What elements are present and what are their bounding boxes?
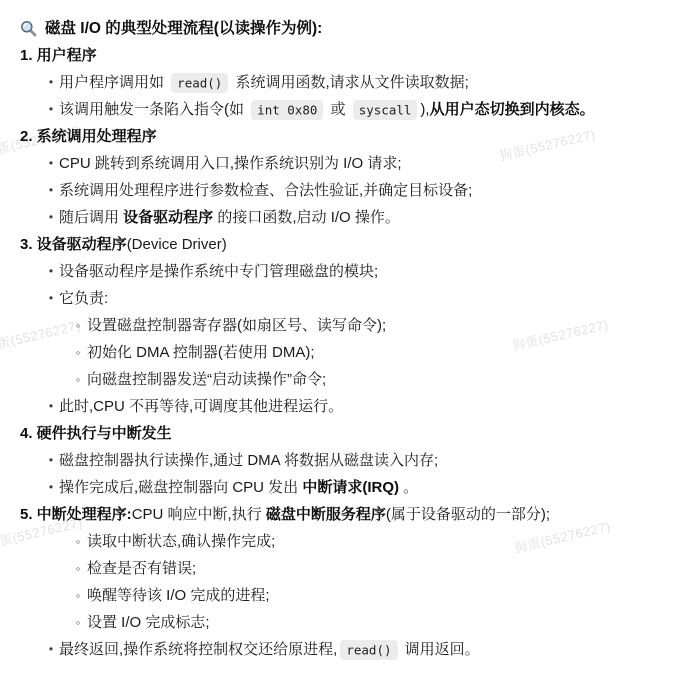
- text-segment: 4. 硬件执行与中断发生: [20, 425, 172, 442]
- text-segment: 磁盘控制器执行读操作,通过 DMA 将数据从磁盘读入内存;: [59, 452, 438, 469]
- text-segment: 向磁盘控制器发送“启动读操作”命令;: [87, 371, 326, 388]
- content-line-bullet: •随后调用 设备驱动程序 的接口函数,启动 I/O 操作。: [20, 204, 670, 231]
- line-text: 磁盘 I/O 的典型处理流程(以读操作为例):: [45, 15, 322, 42]
- text-segment: CPU 跳转到系统调用入口,操作系统识别为 I/O 请求;: [59, 155, 402, 172]
- text-segment: 3. 设备驱动程序: [20, 236, 127, 253]
- text-segment: 该调用触发一条陷入指令(如: [59, 101, 248, 118]
- content-line-circle: ◦设置磁盘控制器寄存器(如扇区号、读写命令);: [20, 312, 670, 339]
- line-text: CPU 跳转到系统调用入口,操作系统识别为 I/O 请求;: [59, 150, 402, 177]
- content-line-circle: ◦检查是否有错误;: [20, 555, 670, 582]
- line-text: 磁盘控制器执行读操作,通过 DMA 将数据从磁盘读入内存;: [59, 447, 438, 474]
- line-text: 唤醒等待该 I/O 完成的进程;: [87, 582, 270, 609]
- page: { "page": { "background": "#ffffff", "te…: [0, 0, 674, 674]
- bullet-marker: •: [45, 393, 57, 420]
- content-line-heading: 5. 中断处理程序:CPU 响应中断,执行 磁盘中断服务程序(属于设备驱动的一部…: [20, 501, 670, 528]
- line-text: 系统调用处理程序进行参数检查、合法性验证,并确定目标设备;: [59, 177, 472, 204]
- content-line-bullet: •最终返回,操作系统将控制权交还给原进程,read() 调用返回。: [20, 636, 670, 663]
- line-text: 读取中断状态,确认操作完成;: [87, 528, 275, 555]
- text-segment: 系统调用函数,请求从文件读取数据;: [231, 74, 469, 91]
- line-text: 初始化 DMA 控制器(若使用 DMA);: [87, 339, 315, 366]
- text-segment: 2. 系统调用处理程序: [20, 128, 157, 145]
- bullet-marker: •: [45, 150, 57, 177]
- circle-marker: ◦: [72, 609, 84, 636]
- line-text: 此时,CPU 不再等待,可调度其他进程运行。: [59, 393, 343, 420]
- circle-marker: ◦: [72, 555, 84, 582]
- content-line-bullet: •用户程序调用如 read() 系统调用函数,请求从文件读取数据;: [20, 69, 670, 96]
- content-line-circle: ◦初始化 DMA 控制器(若使用 DMA);: [20, 339, 670, 366]
- content-line-heading: 3. 设备驱动程序(Device Driver): [20, 231, 670, 258]
- text-segment: 它负责:: [59, 290, 108, 307]
- content-line-heading: 2. 系统调用处理程序: [20, 123, 670, 150]
- line-text: 用户程序调用如 read() 系统调用函数,请求从文件读取数据;: [59, 69, 469, 96]
- inline-code-chip: syscall: [353, 100, 418, 120]
- content-line-circle: ◦唤醒等待该 I/O 完成的进程;: [20, 582, 670, 609]
- magnifier-icon: [20, 20, 37, 37]
- text-segment: 检查是否有错误;: [87, 560, 196, 577]
- text-segment: 读取中断状态,确认操作完成;: [87, 533, 275, 550]
- text-segment: (Device Driver): [127, 236, 227, 253]
- content-line-circle: ◦向磁盘控制器发送“启动读操作”命令;: [20, 366, 670, 393]
- text-segment: ),: [420, 101, 429, 118]
- content-line-bullet: •该调用触发一条陷入指令(如 int 0x80 或 syscall),从用户态切…: [20, 96, 670, 123]
- text-segment: 调用返回。: [401, 641, 480, 658]
- text-segment: 或: [326, 101, 349, 118]
- text-segment: 磁盘中断服务程序: [266, 506, 386, 523]
- text-segment: 系统调用处理程序进行参数检查、合法性验证,并确定目标设备;: [59, 182, 472, 199]
- line-text: 1. 用户程序: [20, 42, 97, 69]
- text-segment: 。: [399, 479, 418, 496]
- text-segment: 1. 用户程序: [20, 47, 97, 64]
- circle-marker: ◦: [72, 312, 84, 339]
- text-segment: 的接口函数,启动 I/O 操作。: [213, 209, 400, 226]
- text-segment: 设置 I/O 完成标志;: [87, 614, 210, 631]
- bullet-marker: •: [45, 69, 57, 96]
- content-line-bullet: •它负责:: [20, 285, 670, 312]
- content-line-bullet: •CPU 跳转到系统调用入口,操作系统识别为 I/O 请求;: [20, 150, 670, 177]
- text-segment: 设置磁盘控制器寄存器(如扇区号、读写命令);: [87, 317, 386, 334]
- text-segment: 磁盘 I/O 的典型处理流程(以读操作为例):: [45, 20, 322, 37]
- line-text: 最终返回,操作系统将控制权交还给原进程,read() 调用返回。: [59, 636, 480, 663]
- bullet-marker: •: [45, 636, 57, 663]
- text-segment: CPU 响应中断,执行: [132, 506, 266, 523]
- bullet-marker: •: [45, 204, 57, 231]
- line-text: 操作完成后,磁盘控制器向 CPU 发出 中断请求(IRQ) 。: [59, 474, 418, 501]
- line-text: 该调用触发一条陷入指令(如 int 0x80 或 syscall),从用户态切换…: [59, 96, 595, 123]
- text-segment: 中断请求(IRQ): [302, 479, 399, 496]
- line-text: 它负责:: [59, 285, 108, 312]
- content-line-heading: 4. 硬件执行与中断发生: [20, 420, 670, 447]
- text-segment: 设备驱动程序是操作系统中专门管理磁盘的模块;: [59, 263, 378, 280]
- content-line-circle: ◦读取中断状态,确认操作完成;: [20, 528, 670, 555]
- text-segment: 设备驱动程序: [123, 209, 213, 226]
- inline-code-chip: read(): [171, 73, 228, 93]
- content-line-bullet: •设备驱动程序是操作系统中专门管理磁盘的模块;: [20, 258, 670, 285]
- content-line-bullet: •系统调用处理程序进行参数检查、合法性验证,并确定目标设备;: [20, 177, 670, 204]
- text-segment: (属于设备驱动的一部分);: [386, 506, 550, 523]
- line-text: 5. 中断处理程序:CPU 响应中断,执行 磁盘中断服务程序(属于设备驱动的一部…: [20, 501, 550, 528]
- bullet-marker: •: [45, 258, 57, 285]
- line-text: 4. 硬件执行与中断发生: [20, 420, 172, 447]
- circle-marker: ◦: [72, 366, 84, 393]
- line-text: 随后调用 设备驱动程序 的接口函数,启动 I/O 操作。: [59, 204, 400, 231]
- line-text: 设备驱动程序是操作系统中专门管理磁盘的模块;: [59, 258, 378, 285]
- content-line-bullet: •操作完成后,磁盘控制器向 CPU 发出 中断请求(IRQ) 。: [20, 474, 670, 501]
- inline-code-chip: int 0x80: [251, 100, 323, 120]
- content-line-bullet: •此时,CPU 不再等待,可调度其他进程运行。: [20, 393, 670, 420]
- text-segment: 5. 中断处理程序:: [20, 506, 132, 523]
- text-segment: 最终返回,操作系统将控制权交还给原进程,: [59, 641, 337, 658]
- line-text: 2. 系统调用处理程序: [20, 123, 157, 150]
- circle-marker: ◦: [72, 582, 84, 609]
- content-line-bullet: •磁盘控制器执行读操作,通过 DMA 将数据从磁盘读入内存;: [20, 447, 670, 474]
- text-segment: 操作完成后,磁盘控制器向 CPU 发出: [59, 479, 302, 496]
- bullet-marker: •: [45, 177, 57, 204]
- text-segment: 用户程序调用如: [59, 74, 168, 91]
- line-text: 3. 设备驱动程序(Device Driver): [20, 231, 227, 258]
- bullet-marker: •: [45, 96, 57, 123]
- bullet-marker: •: [45, 474, 57, 501]
- line-text: 设置磁盘控制器寄存器(如扇区号、读写命令);: [87, 312, 386, 339]
- content-line-title: 磁盘 I/O 的典型处理流程(以读操作为例):: [20, 15, 670, 42]
- circle-marker: ◦: [72, 339, 84, 366]
- circle-marker: ◦: [72, 528, 84, 555]
- inline-code-chip: read(): [340, 640, 397, 660]
- content-line-circle: ◦设置 I/O 完成标志;: [20, 609, 670, 636]
- bullet-marker: •: [45, 285, 57, 312]
- content-line-heading: 1. 用户程序: [20, 42, 670, 69]
- text-segment: 唤醒等待该 I/O 完成的进程;: [87, 587, 270, 604]
- line-text: 向磁盘控制器发送“启动读操作”命令;: [87, 366, 326, 393]
- text-segment: 从用户态切换到内核态。: [430, 101, 595, 118]
- document: 磁盘 I/O 的典型处理流程(以读操作为例):1. 用户程序•用户程序调用如 r…: [0, 0, 674, 674]
- line-text: 检查是否有错误;: [87, 555, 196, 582]
- text-segment: 此时,CPU 不再等待,可调度其他进程运行。: [59, 398, 343, 415]
- text-segment: 随后调用: [59, 209, 123, 226]
- bullet-marker: •: [45, 447, 57, 474]
- line-text: 设置 I/O 完成标志;: [87, 609, 210, 636]
- text-segment: 初始化 DMA 控制器(若使用 DMA);: [87, 344, 315, 361]
